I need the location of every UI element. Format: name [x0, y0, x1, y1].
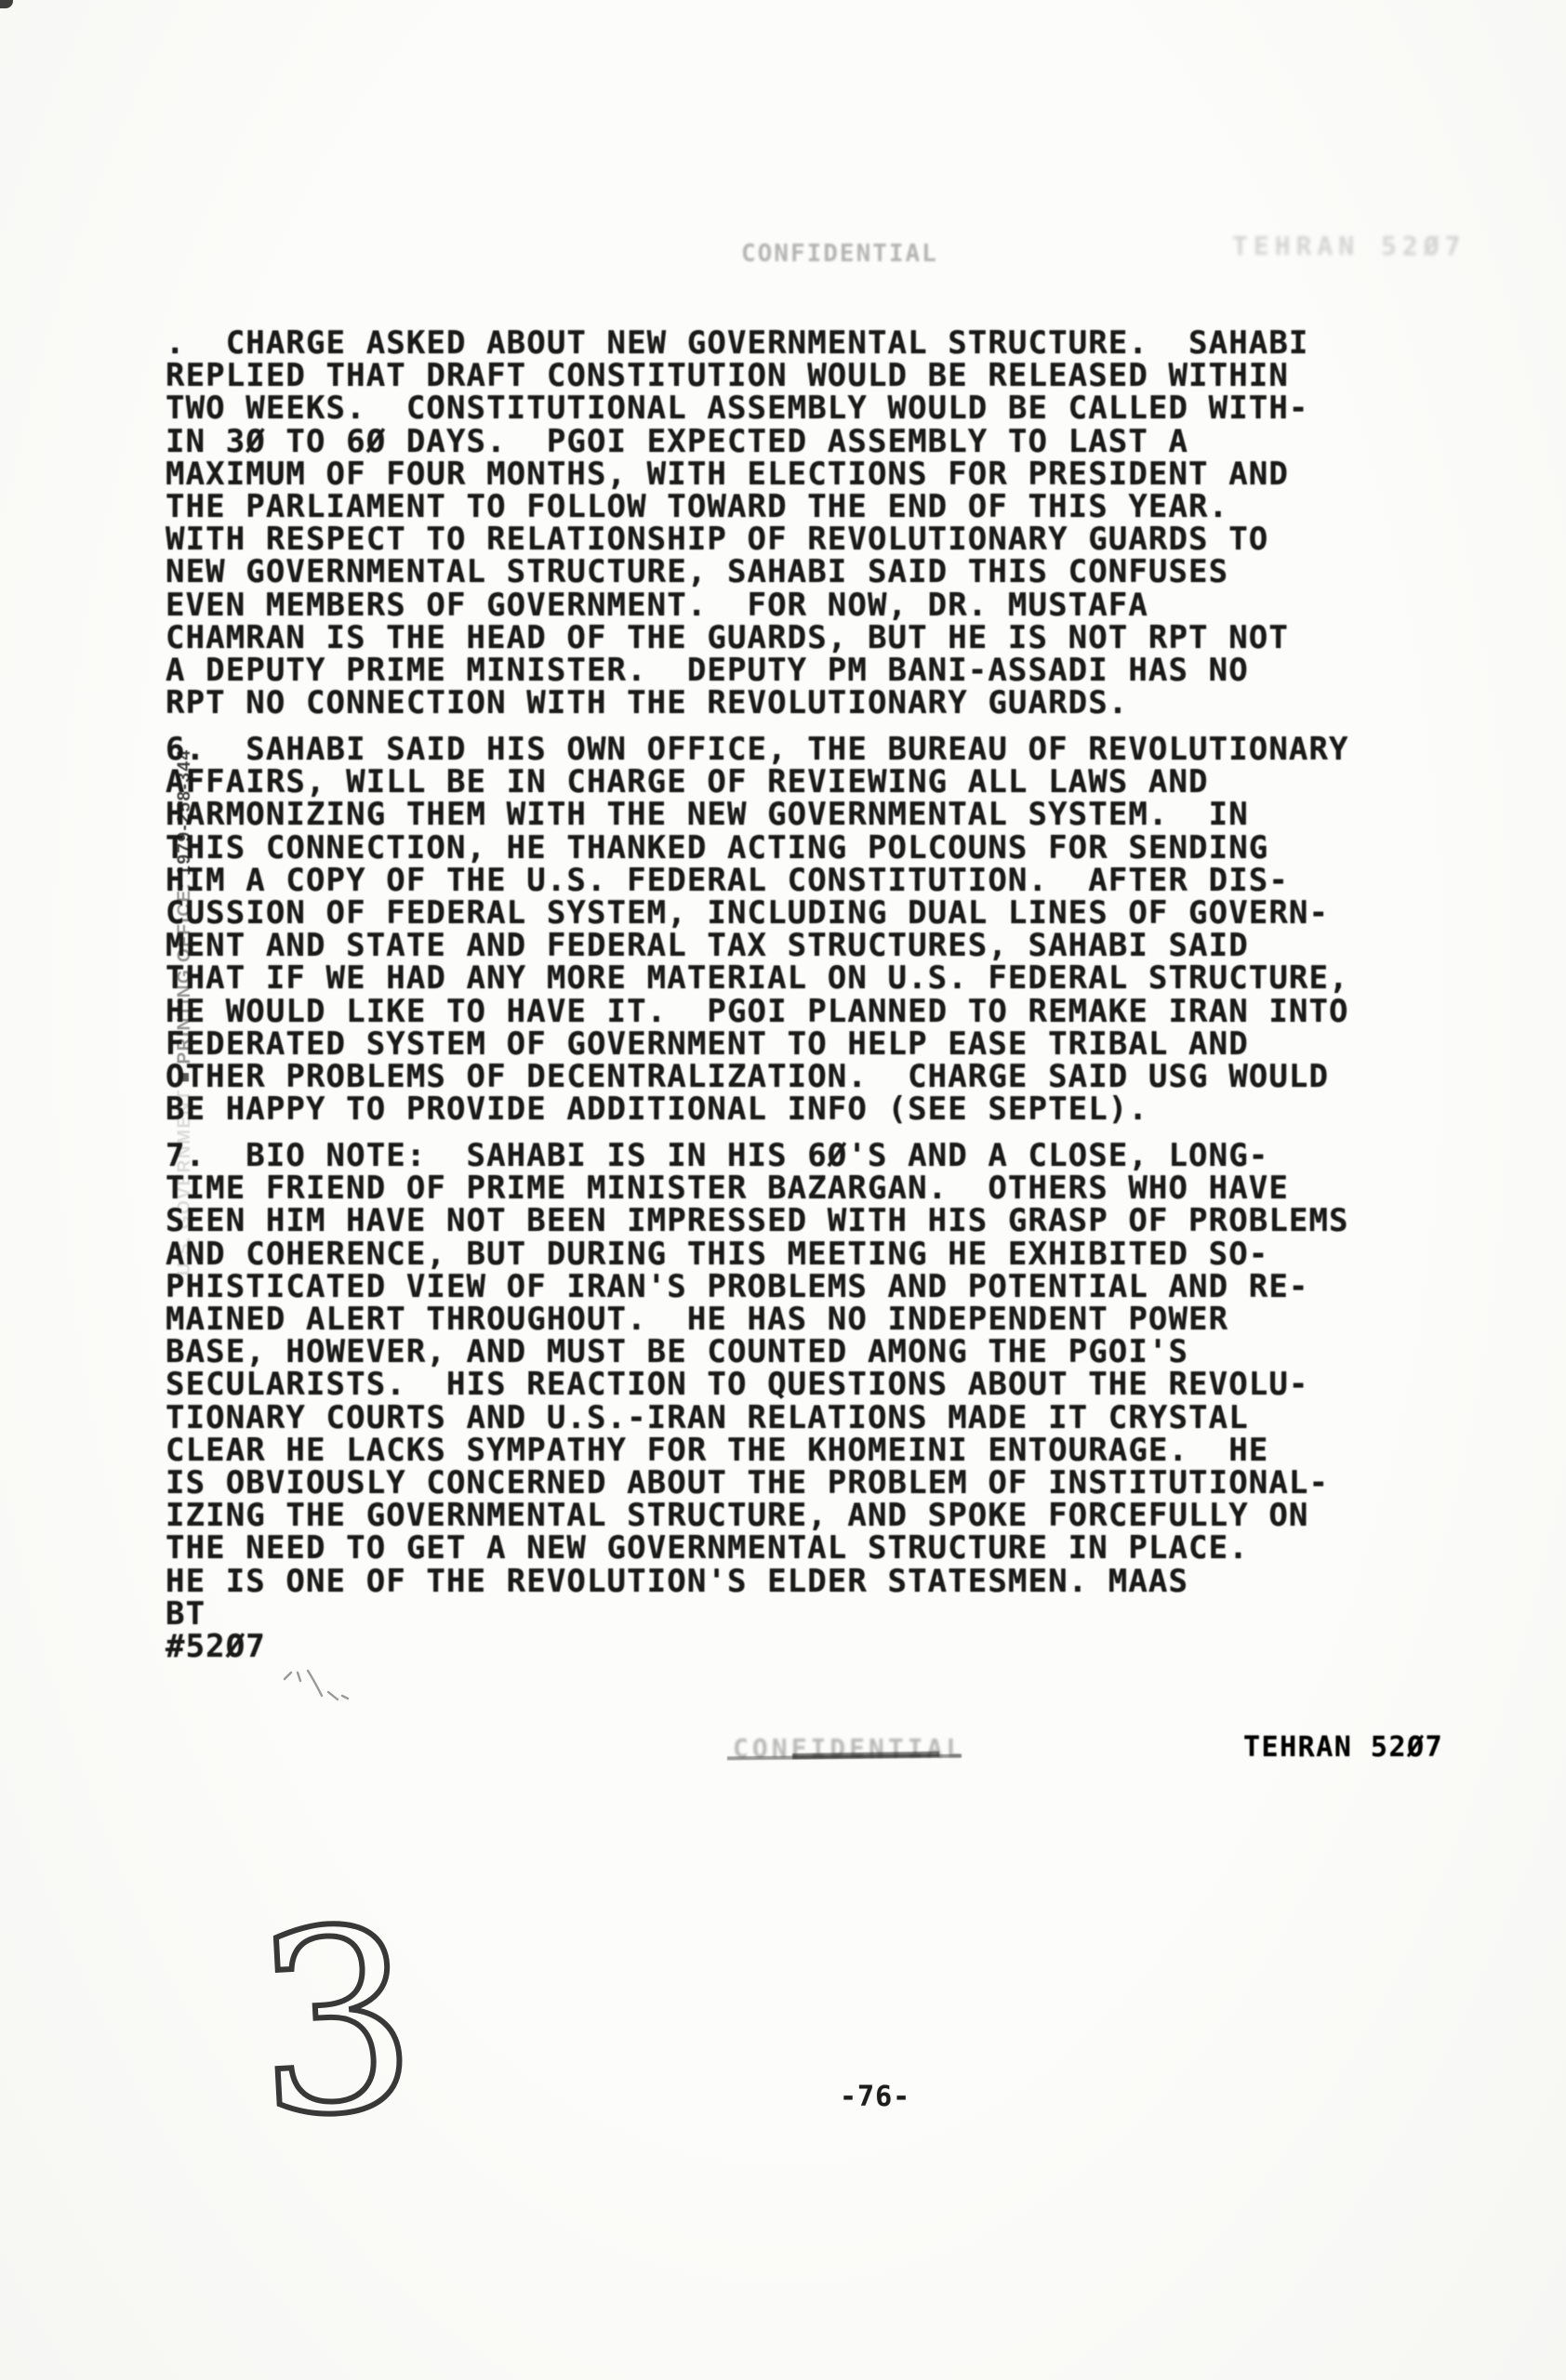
cable-paragraph-7-and-signoff: 7. BIO NOTE: SAHABI IS IN HIS 6Ø'S AND A…	[166, 1140, 1349, 1663]
margin-text-segment: ■	[175, 1064, 194, 1090]
scan-artifact-speck	[0, 0, 13, 8]
margin-text-segment: U.S. GOVERNMENT	[175, 1089, 194, 1276]
cable-paragraph-5: . CHARGE ASKED ABOUT NEW GOVERNMENTAL ST…	[166, 327, 1308, 720]
page-number: -76-	[840, 2081, 910, 2113]
scanned-cable-page: { "page": { "top_stamps": { "classificat…	[0, 0, 1566, 2380]
top-classification-stamp: CONFIDENTIAL	[741, 240, 938, 268]
copy-number-glyph: 3	[248, 1904, 411, 2154]
gpo-print-credit-margin-text: U.S. GOVERNMENT ■ PRINTING OFFICE: 1979-…	[175, 662, 195, 1276]
margin-text-segment: 1979-258-344	[175, 748, 194, 875]
copy-number-stamp: 3	[241, 1904, 412, 2158]
cable-paragraph-6: 6. SAHABI SAID HIS OWN OFFICE, THE BUREA…	[166, 734, 1349, 1126]
top-cable-reference-stamp: TEHRAN 52Ø7	[1232, 231, 1466, 261]
footer-cable-reference: TEHRAN 52Ø7	[1243, 1731, 1443, 1764]
margin-text-segment: PRINTING OFFICE:	[175, 876, 194, 1064]
handwritten-mark	[277, 1664, 370, 1709]
